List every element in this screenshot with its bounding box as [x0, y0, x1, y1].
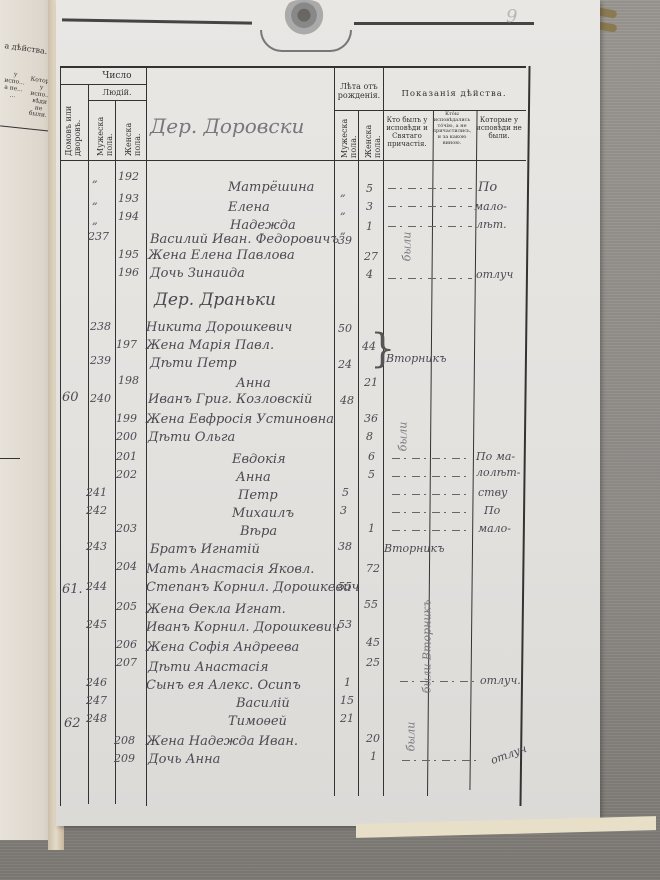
dash-line	[388, 278, 472, 279]
table-header-bottom-rule	[60, 160, 526, 161]
male-age: „	[340, 204, 346, 217]
section-title: Дер. Драньки	[154, 290, 276, 310]
household-number: 62	[64, 716, 81, 731]
male-number: 240	[90, 392, 111, 405]
female-number: 207	[116, 656, 137, 669]
rule	[88, 100, 146, 101]
male-number: 239	[90, 354, 111, 367]
annotation-byli: были	[404, 722, 417, 752]
note: По	[484, 504, 500, 517]
female-age: 5	[366, 182, 373, 195]
female-age: 27	[364, 250, 378, 263]
male-number: 243	[86, 540, 107, 553]
female-number: 200	[116, 430, 137, 443]
note: По ма-	[476, 450, 515, 463]
person-name: Дочь Зинаида	[150, 266, 245, 281]
person-name: Анна	[236, 470, 271, 485]
female-age: 25	[366, 656, 380, 669]
male-number: 247	[86, 694, 107, 707]
rule	[334, 110, 526, 111]
male-age: 53	[338, 618, 352, 631]
male-number: 237	[88, 230, 109, 243]
female-number: 203	[116, 522, 137, 535]
male-number: „	[92, 172, 98, 185]
person-name: Вѣра	[240, 524, 277, 539]
annotation-vtornik: Вторникъ	[384, 542, 444, 555]
female-number: 193	[118, 192, 139, 205]
dash-line	[402, 760, 478, 761]
male-age: 38	[338, 540, 352, 553]
male-age: 5	[342, 486, 349, 499]
header-pokazaniya: Показанія дѣйства.	[384, 90, 524, 100]
male-number: 242	[86, 504, 107, 517]
female-age: 72	[366, 562, 380, 575]
person-name: Василий Иван. Федоровичъ	[150, 232, 339, 247]
ribbon-banner	[260, 30, 352, 52]
male-number: 244	[86, 580, 107, 593]
female-number: 196	[118, 266, 139, 279]
header-col-tolko: Кто́ы исповѣдались то́чію, а не причасти…	[431, 112, 473, 147]
female-number: 209	[114, 752, 135, 765]
imperial-crest	[254, 0, 354, 60]
dash-line	[392, 476, 472, 477]
dash-line	[392, 512, 472, 513]
male-age: 24	[338, 358, 352, 371]
person-name: Мать Анастасія Яковл.	[146, 562, 314, 577]
col-rule	[383, 66, 384, 796]
dash-line	[400, 681, 476, 682]
person-name: Дѣти Анастасія	[148, 660, 268, 675]
male-age: 1	[344, 676, 351, 689]
annotation-byli: были	[400, 232, 413, 262]
female-age: 1	[366, 220, 373, 233]
header-lyudey: Людій.	[88, 88, 146, 97]
male-number: 248	[86, 712, 107, 725]
header-zhen: Женска пола.	[124, 106, 142, 156]
dash-line	[392, 494, 472, 495]
female-age: 45	[366, 636, 380, 649]
col-rule	[146, 66, 147, 806]
female-number: 202	[116, 468, 137, 481]
male-age: 50	[338, 322, 352, 335]
female-number: 194	[118, 210, 139, 223]
dash-line	[392, 530, 472, 531]
person-name: Дѣти Ольга	[148, 430, 235, 445]
col-rule	[60, 66, 61, 806]
female-age: 20	[366, 732, 380, 745]
female-age: 3	[366, 200, 373, 213]
annotation-byli-vtornik: были Вторникъ	[420, 600, 433, 694]
dash-line	[388, 188, 472, 189]
person-name: Жена Елена Павлова	[148, 248, 295, 263]
female-number: 198	[118, 374, 139, 387]
person-name: Жена Марія Павл.	[146, 338, 274, 353]
person-name: Надежда	[230, 218, 296, 233]
person-name: Никита Дорошкевич	[146, 320, 292, 335]
table-top-rule	[60, 66, 526, 68]
female-number: 192	[118, 170, 139, 183]
male-number: 246	[86, 676, 107, 689]
page-number: 9	[506, 6, 517, 27]
female-number: 208	[114, 734, 135, 747]
left-page-header: а дѣйства.	[4, 41, 49, 56]
female-age: 5	[368, 468, 375, 481]
note: лѣт.	[476, 218, 507, 231]
person-name: Михаилъ	[232, 506, 294, 521]
dash-line	[388, 226, 472, 227]
person-name: Жена Надежда Иван.	[146, 734, 298, 749]
left-page-rule	[0, 458, 20, 459]
male-age: 3	[340, 504, 347, 517]
note: лолѣт-	[476, 466, 520, 479]
note: По	[478, 180, 497, 195]
header-dvorov: Домовъ или дворовъ.	[64, 100, 82, 156]
female-age: 6	[368, 450, 375, 463]
left-page-col-a: у испо... а не... ...	[0, 70, 28, 101]
person-name: Братъ Игнатій	[150, 542, 260, 557]
section-title: Дер. Доровски	[150, 114, 304, 138]
male-age: 48	[340, 394, 354, 407]
female-number: 195	[118, 248, 139, 261]
female-age: 1	[370, 750, 377, 763]
person-name: Анна	[236, 376, 271, 391]
note: отлуч	[476, 268, 513, 281]
male-age: 39	[338, 234, 352, 247]
rule	[60, 84, 146, 85]
male-age: 55	[338, 580, 352, 593]
household-number: 61.	[62, 582, 83, 597]
male-age: 15	[340, 694, 354, 707]
note: мало-	[474, 200, 507, 213]
female-age: 4	[366, 268, 373, 281]
male-number: „	[92, 214, 98, 227]
female-age: 36	[364, 412, 378, 425]
person-name: Сынъ ея Алекс. Осипъ	[146, 678, 301, 693]
male-number: 245	[86, 618, 107, 631]
person-name: Матрёшина	[228, 180, 314, 195]
female-age: 55	[364, 598, 378, 611]
note: отлуч.	[480, 674, 521, 687]
person-name: Жена Софія Андреева	[146, 640, 299, 655]
brace: }	[370, 326, 395, 372]
person-name: Евдокія	[232, 452, 286, 467]
female-number: 197	[116, 338, 137, 351]
header-chislo: Число	[88, 71, 146, 81]
person-name: Петр	[238, 488, 278, 503]
male-number: 238	[90, 320, 111, 333]
person-name: Жена Ѳекла Игнат.	[146, 602, 286, 617]
annotation-byli: были	[396, 422, 409, 452]
female-number: 204	[116, 560, 137, 573]
header-leta: Лѣта отъ рожденія.	[336, 82, 382, 100]
person-name: Дочь Анна	[148, 752, 220, 767]
person-name: Василій	[236, 696, 290, 711]
female-number: 206	[116, 638, 137, 651]
col-rule	[358, 110, 359, 796]
person-name: Иванъ Григ. Козловскій	[148, 392, 312, 407]
male-number: „	[92, 194, 98, 207]
household-number: 60	[62, 390, 79, 405]
female-age: 8	[366, 430, 373, 443]
header-muzh-age: Мужеска пола.	[340, 114, 358, 158]
female-number: 201	[116, 450, 137, 463]
note: ству	[478, 486, 507, 499]
header-col-byli: Кто былъ у исповѣди и Святаго причастія.	[384, 116, 430, 148]
annotation-vtornik: Вторникъ	[386, 352, 446, 365]
person-name: Елена	[228, 200, 270, 215]
dash-line	[392, 458, 472, 459]
left-page-rule	[0, 125, 50, 131]
person-name: Жена Евфросія Устиновна	[146, 412, 334, 427]
person-name: Степанъ Корнил. Дорошкевич	[146, 580, 359, 595]
col-rule	[334, 66, 335, 796]
header-muzh: Мужеска пола.	[96, 106, 114, 156]
person-name: Тимоѳей	[228, 714, 287, 729]
person-name: Иванъ Корнил. Дорошкевич	[146, 620, 340, 635]
header-col-nebyli: Которые у исповѣди не были.	[474, 116, 524, 140]
male-age: „	[340, 186, 346, 199]
male-number: 241	[86, 486, 107, 499]
female-number: 199	[116, 412, 137, 425]
female-number: 205	[116, 600, 137, 613]
female-age: 21	[364, 376, 378, 389]
note: мало-	[478, 522, 511, 535]
header-zhen-age: Женска пола.	[364, 114, 382, 158]
male-age: 21	[340, 712, 354, 725]
dash-line	[388, 206, 472, 207]
person-name: Дѣти Петр	[150, 356, 237, 371]
female-age: 1	[368, 522, 375, 535]
